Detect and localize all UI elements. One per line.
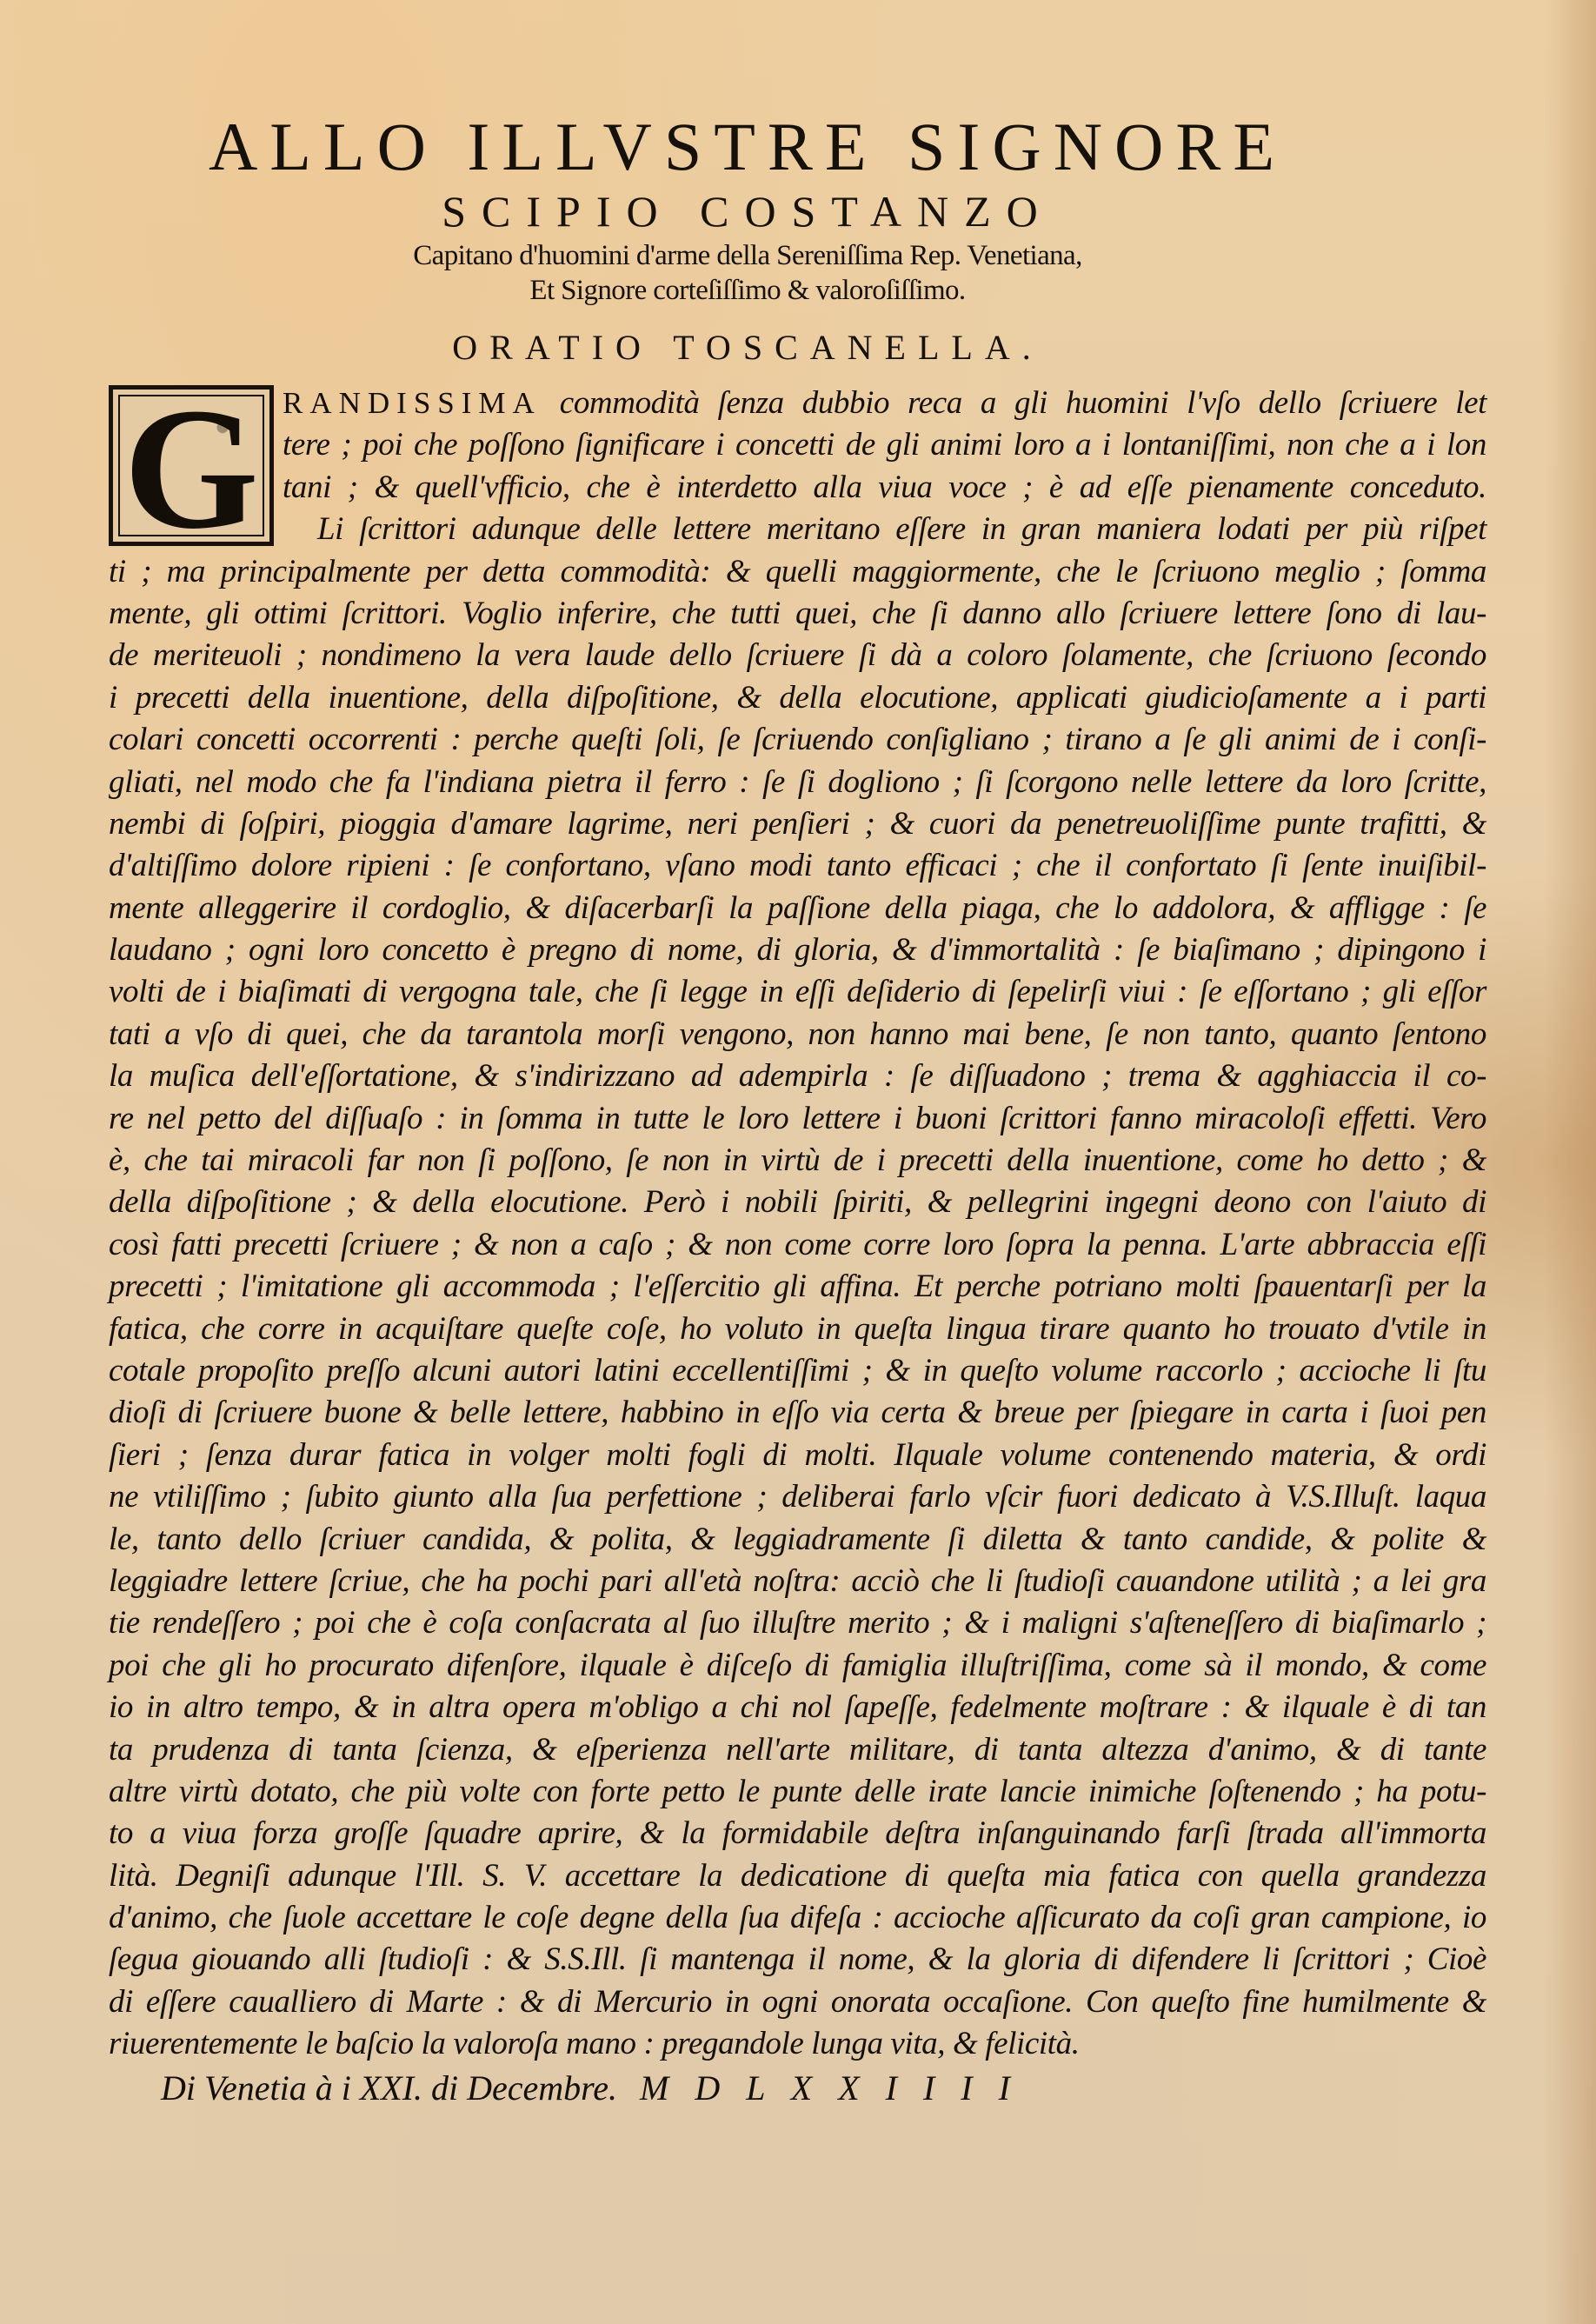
- text-line: è, che tai miracoli far non ſi poſſono, …: [109, 1140, 1486, 1182]
- opening-capitals: RANDISSIMA: [283, 386, 542, 420]
- text-line: ne vtiliſſimo ; ſubito giunto alla ſua p…: [109, 1476, 1486, 1518]
- text-line: di eſſere caualliero di Marte : & di Mer…: [109, 1981, 1486, 2023]
- text-line: i precetti della inuentione, della diſpo…: [109, 677, 1486, 719]
- author-name: ORATIO TOSCANELLA.: [113, 330, 1382, 365]
- page-edge-shadow: [1544, 0, 1596, 2324]
- text-line: mente, gli ottimi ſcrittori. Voglio infe…: [109, 593, 1486, 635]
- text-line: ſegua giouando alli ſtudioſi : & S.S.Ill…: [109, 1939, 1486, 1981]
- book-page: ALLO ILLVSTRE SIGNORE SCIPIO COSTANZO Ca…: [0, 0, 1596, 2324]
- closing-dateline: Di Venetia à i XXI. di Decembre.M D L X …: [161, 2068, 1019, 2108]
- text-line: lità. Degniſi adunque l'Ill. S. V. accet…: [109, 1855, 1486, 1897]
- year-roman: M D L X X I I I I: [640, 2068, 1019, 2108]
- text-line: riuerentemente le baſcio la valoroſa man…: [109, 2023, 1486, 2065]
- text-line: precetti ; l'imitatione gli accommoda ; …: [109, 1266, 1486, 1308]
- text-line: ti ; ma principalmente per detta commodi…: [109, 551, 1486, 593]
- text-line: io in altro tempo, & in altra opera m'ob…: [109, 1687, 1486, 1728]
- text-line: cotale propoſito preſſo alcuni autori la…: [109, 1350, 1486, 1392]
- text-line: d'altiſſimo dolore ripieni : ſe conforta…: [109, 845, 1486, 887]
- place-date: Di Venetia à i XXI. di Decembre.: [161, 2068, 617, 2108]
- text-line: ſieri ; ſenza durar fatica in volger mol…: [109, 1435, 1486, 1476]
- text-line: laudano ; ogni loro concetto è pregno di…: [109, 929, 1486, 971]
- text-line: così fatti precetti ſcriuere ; & non a c…: [109, 1224, 1486, 1266]
- dedication-heading: ALLO ILLVSTRE SIGNORE: [113, 113, 1382, 181]
- text-line: mente alleggerire il cordoglio, & diſace…: [109, 888, 1486, 929]
- text-line: Li ſcrittori adunque delle lettere merit…: [109, 509, 1486, 550]
- text-line: to a viua forza groſſe ſquadre aprire, &…: [109, 1813, 1486, 1855]
- text-line: la muſica dell'eſſortatione, & s'indiriz…: [109, 1055, 1486, 1097]
- text-line: altre virtù dotato, che più volte con fo…: [109, 1771, 1486, 1813]
- text-line: de meriteuoli ; nondimeno la vera laude …: [109, 635, 1486, 676]
- text-line: poi che gli ho procurato difenſore, ilqu…: [109, 1645, 1486, 1687]
- text-line: tere ; poi che poſſono ſignificare i con…: [109, 424, 1486, 466]
- text-line: RANDISSIMA commodità ſenza dubbio reca a…: [109, 383, 1486, 424]
- text-line: re nel petto del diſſuaſo : in ſomma in …: [109, 1098, 1486, 1140]
- text-line: colari concetti occorrenti : perche queſ…: [109, 719, 1486, 761]
- text-line: d'animo, che ſuole accettare le coſe deg…: [109, 1897, 1486, 1939]
- text-line: ta prudenza di tanta ſcienza, & eſperien…: [109, 1729, 1486, 1771]
- text-line: gliati, nel modo che fa l'indiana pietra…: [109, 762, 1486, 803]
- dedicatee-title: Capitano d'huomini d'arme della Sereniſſ…: [113, 242, 1382, 270]
- text-line: nembi di ſoſpiri, pioggia d'amare lagrim…: [109, 803, 1486, 845]
- text-line: tati a vſo di quei, che da tarantola mor…: [109, 1014, 1486, 1055]
- dedicatee-epithet: Et Signore corteſiſſimo & valoroſiſſimo.: [113, 276, 1382, 305]
- text-line: leggiadre lettere ſcriue, che ha pochi p…: [109, 1561, 1486, 1602]
- letter-body: RANDISSIMA commodità ſenza dubbio reca a…: [109, 383, 1486, 2066]
- text-line: volti de i biaſimati di vergogna tale, c…: [109, 971, 1486, 1013]
- text-line: dioſi di ſcriuere buone & belle lettere,…: [109, 1392, 1486, 1434]
- text-line: le, tanto dello ſcriuer candida, & polit…: [109, 1519, 1486, 1561]
- text-line: tani ; & quell'vfficio, che è interdetto…: [109, 467, 1486, 509]
- text-line: tie rendeſſero ; poi che è coſa conſacra…: [109, 1602, 1486, 1644]
- text-line: della diſpoſitione ; & della elocutione.…: [109, 1182, 1486, 1223]
- text-line: fatica, che corre in acquiſtare queſte c…: [109, 1308, 1486, 1350]
- dedicatee-name: SCIPIO COSTANZO: [113, 190, 1382, 233]
